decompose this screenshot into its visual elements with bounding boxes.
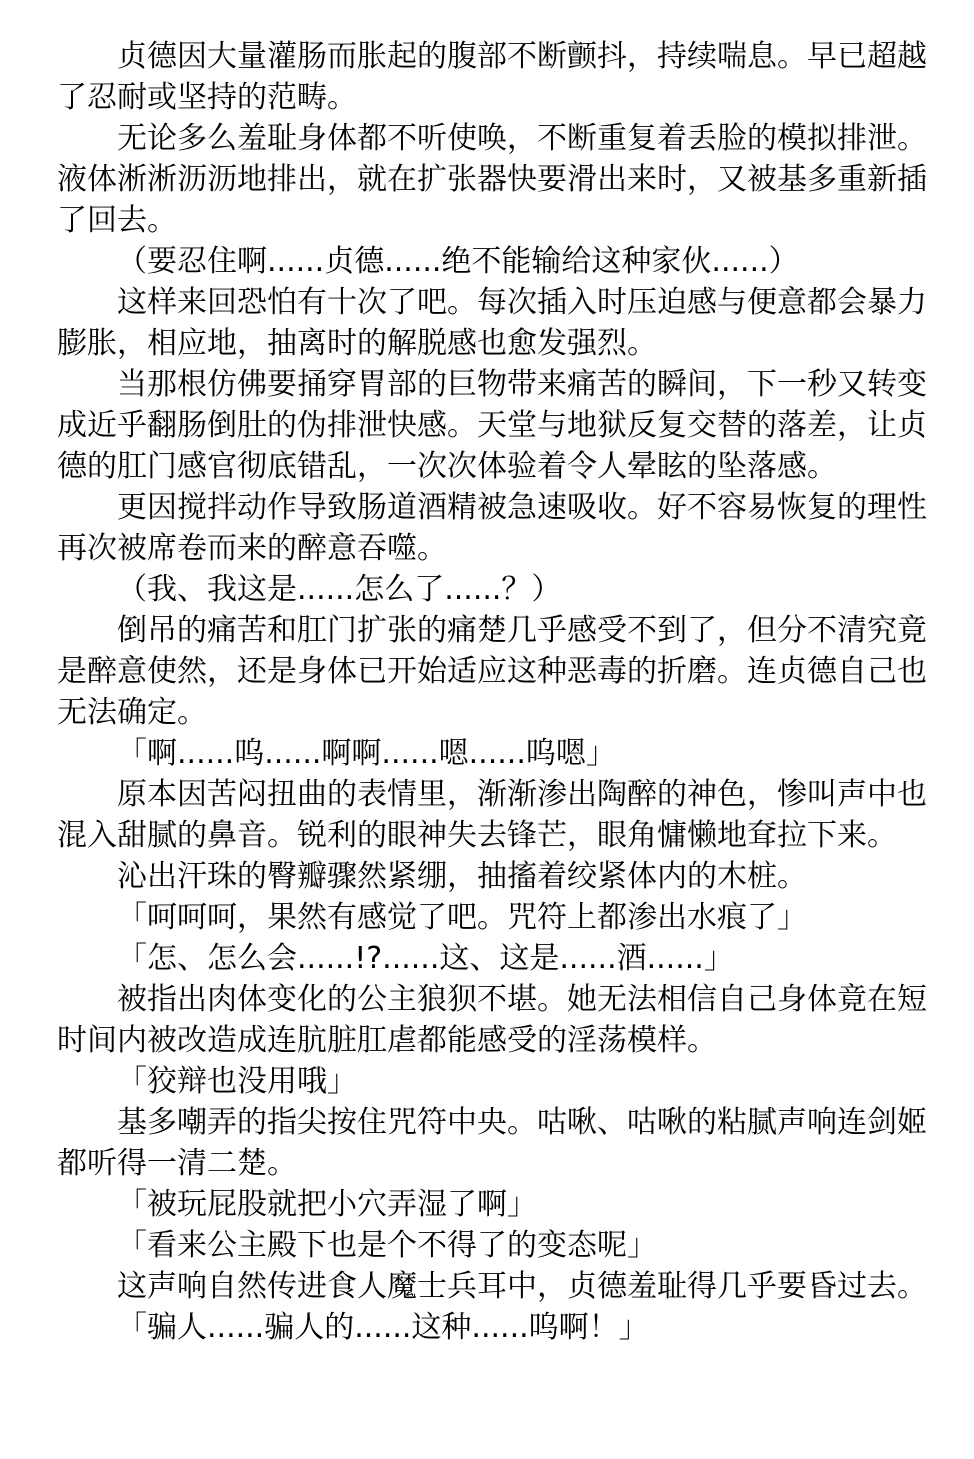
paragraph-dialogue: 「骗人......骗人的......这种......呜啊！」 [57, 1307, 927, 1348]
paragraph: 贞德因大量灌肠而胀起的腹部不断颤抖，持续喘息。早已超越了忍耐或坚持的范畴。 [57, 36, 927, 118]
paragraph-dialogue: 「看来公主殿下也是个不得了的变态呢」 [57, 1225, 927, 1266]
paragraph: 沁出汗珠的臀瓣骤然紧绷，抽搐着绞紧体内的木桩。 [57, 856, 927, 897]
paragraph-inner-monologue: （要忍住啊......贞德......绝不能输给这种家伙......） [57, 241, 927, 282]
document-page: 贞德因大量灌肠而胀起的腹部不断颤抖，持续喘息。早已超越了忍耐或坚持的范畴。 无论… [0, 0, 974, 1459]
paragraph: 这样来回恐怕有十次了吧。每次插入时压迫感与便意都会暴力膨胀，相应地，抽离时的解脱… [57, 282, 927, 364]
paragraph-dialogue: 「呵呵呵，果然有感觉了吧。咒符上都渗出水痕了」 [57, 897, 927, 938]
paragraph-dialogue: 「怎、怎么会......!?......这、这是......酒......」 [57, 938, 927, 979]
paragraph: 当那根仿佛要捅穿胃部的巨物带来痛苦的瞬间，下一秒又转变成近乎翻肠倒肚的伪排泄快感… [57, 364, 927, 487]
paragraph: 无论多么羞耻身体都不听使唤，不断重复着丢脸的模拟排泄。液体淅淅沥沥地排出，就在扩… [57, 118, 927, 241]
document-text-body: 贞德因大量灌肠而胀起的腹部不断颤抖，持续喘息。早已超越了忍耐或坚持的范畴。 无论… [57, 36, 927, 1348]
paragraph-inner-monologue: （我、我这是......怎么了......？） [57, 569, 927, 610]
paragraph: 原本因苦闷扭曲的表情里，渐渐渗出陶醉的神色，惨叫声中也混入甜腻的鼻音。锐利的眼神… [57, 774, 927, 856]
paragraph-dialogue: 「啊......呜......啊啊......嗯......呜嗯」 [57, 733, 927, 774]
paragraph: 更因搅拌动作导致肠道酒精被急速吸收。好不容易恢复的理性再次被席卷而来的醉意吞噬。 [57, 487, 927, 569]
paragraph-dialogue: 「狡辩也没用哦」 [57, 1061, 927, 1102]
paragraph-dialogue: 「被玩屁股就把小穴弄湿了啊」 [57, 1184, 927, 1225]
paragraph: 被指出肉体变化的公主狼狈不堪。她无法相信自己身体竟在短时间内被改造成连肮脏肛虐都… [57, 979, 927, 1061]
paragraph: 基多嘲弄的指尖按住咒符中央。咕啾、咕啾的粘腻声响连剑姬都听得一清二楚。 [57, 1102, 927, 1184]
paragraph: 倒吊的痛苦和肛门扩张的痛楚几乎感受不到了，但分不清究竟是醉意使然，还是身体已开始… [57, 610, 927, 733]
paragraph: 这声响自然传进食人魔士兵耳中，贞德羞耻得几乎要昏过去。 [57, 1266, 927, 1307]
